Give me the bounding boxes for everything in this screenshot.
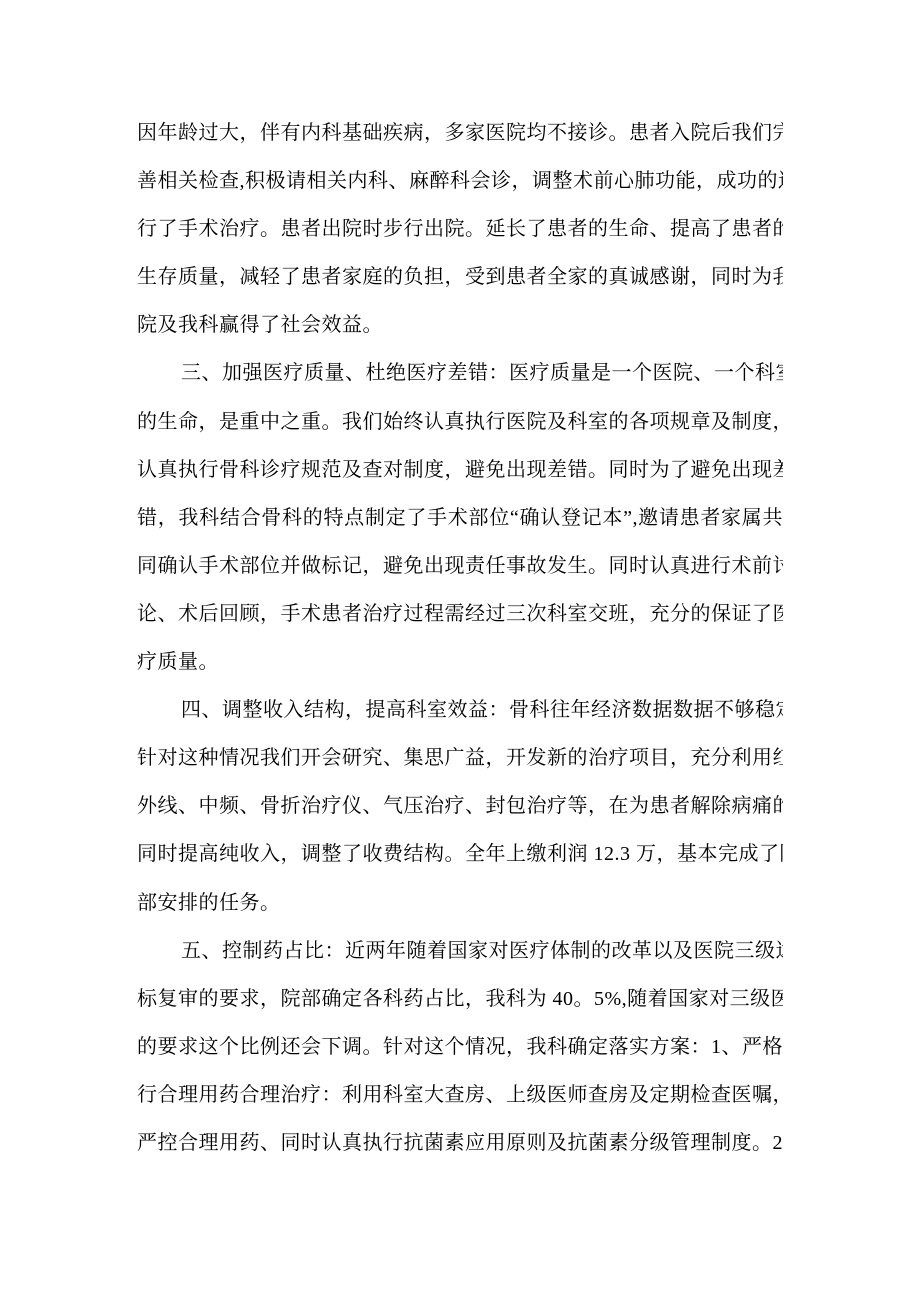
text-line: 论、术后回顾，手术患者治疗过程需经过三次科室交班，充分的保证了医	[137, 590, 783, 638]
text-line: 院及我科赢得了社会效益。	[137, 301, 783, 349]
document-page: 因年龄过大，伴有内科基础疾病，多家医院均不接诊。患者入院后我们完 善相关检查,积…	[0, 0, 920, 1301]
text-line: 针对这种情况我们开会研究、集思广益，开发新的治疗项目，充分利用红	[137, 734, 783, 782]
text-line: 行合理用药合理治疗：利用科室大查房、上级医师查房及定期检查医嘱，	[137, 1071, 783, 1119]
text-line: 严控合理用药、同时认真执行抗菌素应用原则及抗菌素分级管理制度。2、	[137, 1119, 783, 1167]
text-line: 五、控制药占比：近两年随着国家对医疗体制的改革以及医院三级达	[137, 927, 783, 975]
text-line: 外线、中频、骨折治疗仪、气压治疗、封包治疗等，在为患者解除病痛的	[137, 782, 783, 830]
text-line: 的生命，是重中之重。我们始终认真执行医院及科室的各项规章及制度，	[137, 398, 783, 446]
text-line: 三、加强医疗质量、杜绝医疗差错：医疗质量是一个医院、一个科室	[137, 349, 783, 397]
paragraph: 五、控制药占比：近两年随着国家对医疗体制的改革以及医院三级达 标复审的要求，院部…	[137, 927, 783, 1167]
text-line: 善相关检查,积极请相关内科、麻醉科会诊，调整术前心肺功能，成功的进	[137, 157, 783, 205]
text-line: 四、调整收入结构，提高科室效益：骨科往年经济数据数据不够稳定，	[137, 686, 783, 734]
paragraph: 因年龄过大，伴有内科基础疾病，多家医院均不接诊。患者入院后我们完 善相关检查,积…	[137, 109, 783, 349]
text-line: 生存质量，减轻了患者家庭的负担，受到患者全家的真诚感谢，同时为我	[137, 253, 783, 301]
text-line: 标复审的要求，院部确定各科药占比，我科为 40。5%,随着国家对三级医院	[137, 975, 783, 1023]
paragraph: 四、调整收入结构，提高科室效益：骨科往年经济数据数据不够稳定， 针对这种情况我们…	[137, 686, 783, 926]
paragraph: 三、加强医疗质量、杜绝医疗差错：医疗质量是一个医院、一个科室 的生命，是重中之重…	[137, 349, 783, 686]
text-line: 因年龄过大，伴有内科基础疾病，多家医院均不接诊。患者入院后我们完	[137, 109, 783, 157]
text-line: 同时提高纯收入，调整了收费结构。全年上缴利润 12.3 万，基本完成了院	[137, 830, 783, 878]
text-line: 疗质量。	[137, 638, 783, 686]
text-line: 行了手术治疗。患者出院时步行出院。延长了患者的生命、提高了患者的	[137, 205, 783, 253]
text-line: 错，我科结合骨科的特点制定了手术部位“确认登记本”,邀请患者家属共	[137, 494, 783, 542]
text-line: 的要求这个比例还会下调。针对这个情况，我科确定落实方案：1、严格执	[137, 1023, 783, 1071]
text-line: 认真执行骨科诊疗规范及查对制度，避免出现差错。同时为了避免出现差	[137, 446, 783, 494]
text-line: 部安排的任务。	[137, 879, 783, 927]
text-line: 同确认手术部位并做标记，避免出现责任事故发生。同时认真进行术前讨	[137, 542, 783, 590]
